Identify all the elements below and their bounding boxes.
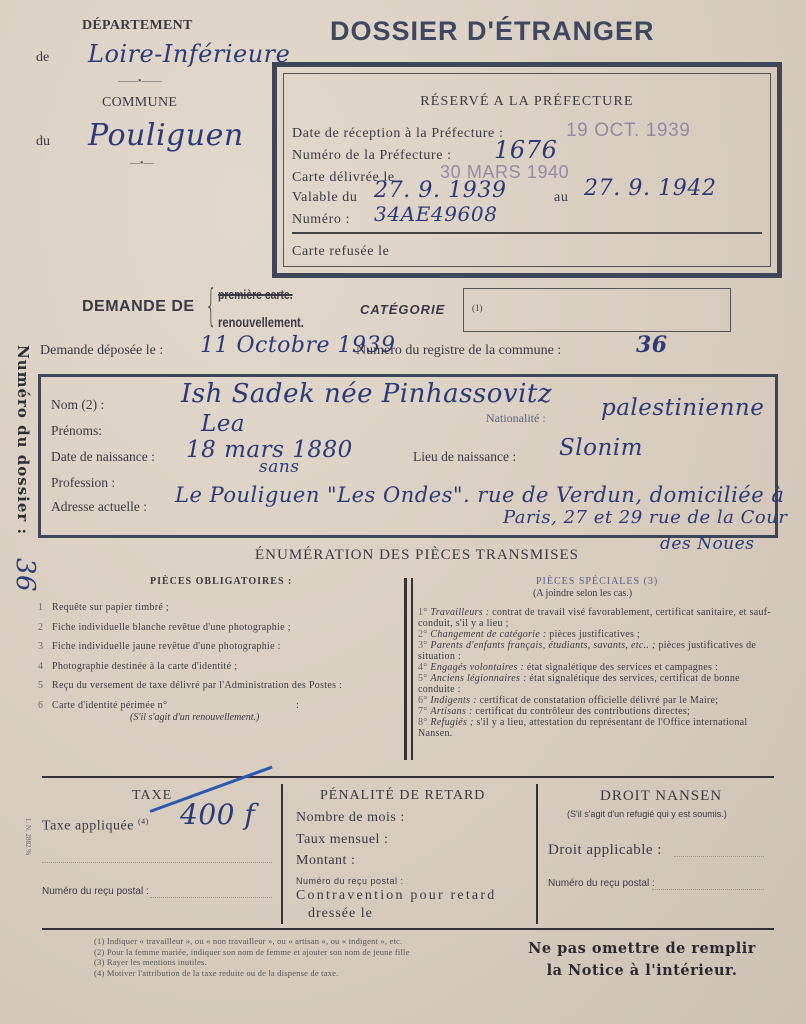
brace-icon: { xyxy=(205,284,216,328)
warning-line2: la Notice à l'intérieur. xyxy=(508,960,776,982)
item-number: 4 xyxy=(38,661,52,672)
item-number: 1° xyxy=(418,607,430,618)
taxe-recu-label: Numéro du reçu postal : xyxy=(42,886,149,897)
numero-prefecture-value: 1676 xyxy=(494,136,557,164)
nansen-subtitle: (S'il s'agit d'un refugié qui y est soum… xyxy=(567,809,727,819)
numero-label: Numéro : xyxy=(292,212,350,228)
item-number: 8° xyxy=(418,717,430,728)
prefecture-box: RÉSERVÉ A LA PRÉFECTURE Date de réceptio… xyxy=(272,62,782,278)
valable-au-label: au xyxy=(554,190,568,206)
naissance-label: Date de naissance : xyxy=(51,449,155,465)
nansen-recu-line xyxy=(652,889,764,890)
departement-value: Loire-Inférieure xyxy=(88,40,290,68)
item-text: Reçu du versement de taxe délivré par l'… xyxy=(52,680,342,691)
penalite-title: PÉNALITÉ DE RETARD xyxy=(320,788,485,804)
footnote: (3) Rayer les mentions inutiles. xyxy=(94,957,207,967)
speciale-item: 4° Engagés volontaires : état signalétiq… xyxy=(418,662,778,673)
nationalite-label: Nationalité : xyxy=(486,411,546,426)
obligatoire-item: 3Fiche individuelle jaune revêtue d'une … xyxy=(38,641,281,652)
date-reception-stamp: 19 OCT. 1939 xyxy=(566,120,690,142)
nom-value: Ish Sadek née Pinhassovitz xyxy=(181,379,552,409)
numero-value: 34AE49608 xyxy=(374,202,498,226)
print-code: 1. N. 2882 % xyxy=(22,818,32,878)
taxe-applied-label: Taxe appliquée (4) xyxy=(42,817,149,835)
categorie-label: CATÉGORIE xyxy=(360,302,445,317)
ornament-divider: ——•—— xyxy=(118,76,162,87)
registre-value: 36 xyxy=(636,332,668,358)
vertical-divider xyxy=(281,784,283,924)
item-number: 2 xyxy=(38,622,52,633)
obligatoire-item: 2Fiche individuelle blanche revêtue d'un… xyxy=(38,622,291,633)
taux-mensuel-label: Taux mensuel : xyxy=(296,832,388,848)
item-term: Parents d'enfants français, étudiants, s… xyxy=(430,640,658,651)
item-number: 6 xyxy=(38,700,52,711)
nombre-mois-label: Nombre de mois : xyxy=(296,810,405,826)
adresse-line1: Le Pouliguen "Les Ondes". rue de Verdun,… xyxy=(175,483,784,507)
item-text: Photographie destinée à la carte d'ident… xyxy=(52,661,237,672)
registre-label: Numéro du registre de la commune : xyxy=(356,343,561,359)
montant-label: Montant : xyxy=(296,853,355,869)
commune-value: Pouliguen xyxy=(88,118,244,153)
item-number: 3° xyxy=(418,640,430,651)
adresse-line2: Paris, 27 et 29 rue de la Cour xyxy=(503,507,787,528)
item-text: certificat du contrôleur des contributio… xyxy=(475,706,690,717)
speciale-item: 6° Indigents : certificat de constatatio… xyxy=(418,695,778,706)
speciale-item: 2° Changement de catégorie : pièces just… xyxy=(418,629,778,640)
adresse-line3: des Noues xyxy=(660,534,754,554)
nationalite-value: palestinienne xyxy=(601,395,764,421)
contravention-label: Contravention pour retard xyxy=(296,888,496,904)
prefecture-title: RÉSERVÉ A LA PRÉFECTURE xyxy=(284,94,770,110)
droit-applicable-line xyxy=(674,856,764,857)
speciale-item: 7° Artisans : certificat du contrôleur d… xyxy=(418,706,778,717)
categorie-note: (1) xyxy=(472,303,483,313)
demande-label: DEMANDE DE xyxy=(82,298,195,316)
obligatoire-item: 1Requête sur papier timbré ; xyxy=(38,602,169,613)
obligatoire-item: 4Photographie destinée à la carte d'iden… xyxy=(38,661,237,672)
droit-applicable-label: Droit applicable : xyxy=(548,842,662,859)
document-title: DOSSIER D'ÉTRANGER xyxy=(330,16,654,47)
item-text: Fiche individuelle jaune revêtue d'une p… xyxy=(52,641,281,652)
speciale-item: 3° Parents d'enfants français, étudiants… xyxy=(418,640,778,662)
item-term: Engagés volontaires : xyxy=(430,662,527,673)
commune-label: COMMUNE xyxy=(102,95,177,111)
categorie-field[interactable]: (1) xyxy=(463,288,731,332)
prefecture-separator xyxy=(292,232,762,234)
departement-prefix: de xyxy=(36,50,49,66)
commune-prefix: du xyxy=(36,134,50,150)
item-number: 3 xyxy=(38,641,52,652)
speciales-title: PIÈCES SPÉCIALES (3) xyxy=(536,576,658,587)
taxe-title: TAXE xyxy=(132,788,172,804)
dressee-label: dressée le xyxy=(308,906,373,922)
taxe-applied-text: Taxe appliquée xyxy=(42,819,134,834)
footnote: (1) Indiquer « travailleur », ou « non t… xyxy=(94,936,402,946)
item-term: Travailleurs : xyxy=(430,607,492,618)
obligatoires-title: PIÈCES OBLIGATOIRES : xyxy=(150,576,292,587)
obligatoire-item: 5Reçu du versement de taxe délivré par l… xyxy=(38,680,342,691)
lieu-label: Lieu de naissance : xyxy=(413,449,516,465)
prenoms-value: Lea xyxy=(201,411,245,437)
date-reception-label: Date de réception à la Préfecture : xyxy=(292,126,503,142)
item-term: Artisans : xyxy=(430,706,475,717)
taxe-recu-line xyxy=(150,897,272,898)
item-text: certificat de constatation officielle dé… xyxy=(480,695,719,706)
speciale-item: 1° Travailleurs : contrat de travail vis… xyxy=(418,607,778,629)
warning-line1: Ne pas omettre de remplir xyxy=(508,938,776,960)
valable-du-value: 27. 9. 1939 xyxy=(374,178,507,203)
taxe-applied-value: 400 f xyxy=(180,798,255,831)
item-number: 1 xyxy=(38,602,52,613)
taxe-fill-line xyxy=(42,862,272,863)
item-number: 7° xyxy=(418,706,430,717)
footnote: (2) Pour la femme mariée, indiquer son n… xyxy=(94,947,410,957)
item-number: 4° xyxy=(418,662,430,673)
option-renouvellement: renouvellement. xyxy=(218,314,304,330)
obligatoires-note: (S'il s'agit d'un renouvellement.) xyxy=(130,712,259,723)
speciale-item: 8° Refugiés ; s'il y a lieu, attestation… xyxy=(418,717,778,739)
warning-notice: Ne pas omettre de remplir la Notice à l'… xyxy=(508,938,776,982)
nansen-recu-label: Numéro du reçu postal : xyxy=(548,878,655,889)
numero-dossier-label: Numéro du dossier : xyxy=(2,345,32,585)
footnote: (4) Motiver l'attribution de la taxe red… xyxy=(94,968,338,978)
ornament-divider: —•— xyxy=(130,158,154,169)
numero-prefecture-label: Numéro de la Préfecture : xyxy=(292,148,452,164)
item-number: 5° xyxy=(418,673,430,684)
valable-du-label: Valable du xyxy=(292,190,357,206)
carte-refusee-label: Carte refusée le xyxy=(292,244,389,260)
item-number: 6° xyxy=(418,695,430,706)
valable-au-value: 27. 9. 1942 xyxy=(584,176,717,201)
item-term: Changement de catégorie : xyxy=(430,629,549,640)
item-term: Indigents : xyxy=(430,695,479,706)
item-text: pièces justificatives ; xyxy=(549,629,640,640)
speciales-subtitle: (A joindre selon les cas.) xyxy=(533,588,632,599)
item-number: 2° xyxy=(418,629,430,640)
speciale-item: 5° Anciens légionnaires : état signaléti… xyxy=(418,673,778,695)
pieces-title: ÉNUMÉRATION DES PIÈCES TRANSMISES xyxy=(255,547,579,564)
profession-value: sans xyxy=(259,457,300,477)
item-text: Fiche individuelle blanche revêtue d'une… xyxy=(52,622,291,633)
item-term: Refugiés ; xyxy=(430,717,476,728)
nansen-title: DROIT NANSEN xyxy=(600,788,722,805)
item-number: 5 xyxy=(38,680,52,691)
taxe-applied-note: (4) xyxy=(138,817,149,826)
adresse-label: Adresse actuelle : xyxy=(51,499,147,515)
obligatoire-item: 6Carte d'identité périmée n° : xyxy=(38,700,299,711)
top-rule xyxy=(42,776,774,778)
nom-label: Nom (2) : xyxy=(51,397,104,413)
profession-label: Profession : xyxy=(51,475,115,491)
pieces-divider xyxy=(404,578,413,760)
departement-label: DÉPARTEMENT xyxy=(82,18,193,34)
item-text: Carte d'identité périmée n° : xyxy=(52,700,299,711)
vertical-divider xyxy=(536,784,538,924)
deposee-label: Demande déposée le : xyxy=(40,343,163,359)
bottom-rule xyxy=(42,928,774,930)
option-premiere-carte: première carte. xyxy=(218,287,293,302)
item-text: état signalétique des services et campag… xyxy=(527,662,718,673)
item-term: Anciens légionnaires : xyxy=(430,673,529,684)
numero-dossier-value: 36 xyxy=(10,558,40,592)
prenoms-label: Prénoms: xyxy=(51,423,102,439)
lieu-value: Slonim xyxy=(559,435,643,461)
item-text: Requête sur papier timbré ; xyxy=(52,602,169,613)
penalite-recu-label: Numéro du reçu postal : xyxy=(296,876,404,886)
identity-box: Nom (2) : Ish Sadek née Pinhassovitz Nat… xyxy=(38,374,778,538)
